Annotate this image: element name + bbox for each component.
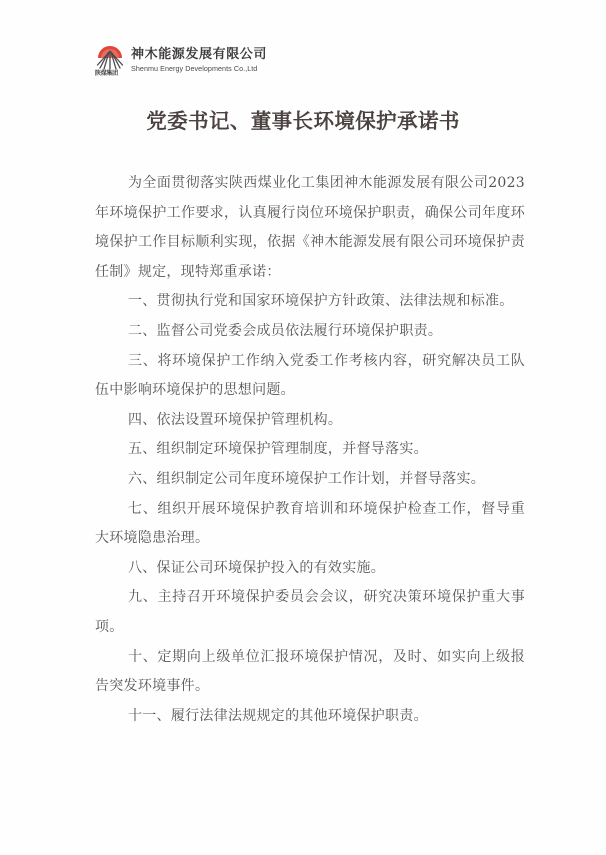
- document-title: 党委书记、董事长环境保护承诺书: [0, 108, 606, 134]
- commitment-item: 二、监督公司党委会成员依法履行环境保护职责。: [95, 317, 525, 347]
- commitment-item: 一、贯彻执行党和国家环境保护方针政策、法律法规和标准。: [95, 287, 525, 317]
- company-logo: 陕煤集团: [96, 43, 126, 79]
- commitment-item: 三、将环境保护工作纳入党委工作考核内容，研究解决员工队伍中影响环境保护的思想问题…: [95, 347, 525, 406]
- company-name-block: 神木能源发展有限公司 Shenmu Energy Developments Co…: [131, 43, 267, 73]
- commitment-item: 四、依法设置环境保护管理机构。: [95, 406, 525, 436]
- logo-caption: 陕煤集团: [95, 70, 125, 77]
- commitment-item: 八、保证公司环境保护投入的有效实施。: [95, 554, 525, 584]
- company-name-en: Shenmu Energy Developments Co.,Ltd: [131, 64, 267, 73]
- commitment-item: 七、组织开展环境保护教育培训和环境保护检查工作，督导重大环境隐患治理。: [95, 495, 525, 554]
- commitment-item: 九、主持召开环境保护委员会会议，研究决策环境保护重大事项。: [95, 583, 525, 642]
- company-name-cn: 神木能源发展有限公司: [131, 47, 267, 62]
- commitment-item: 十、定期向上级单位汇报环境保护情况，及时、如实向上级报告突发环境事件。: [95, 643, 525, 702]
- sun-rays-logo-icon: [96, 43, 124, 70]
- document-body: 为全面贯彻落实陕西煤业化工集团神木能源发展有限公司2023年环境保护工作要求，认…: [95, 169, 525, 731]
- intro-paragraph: 为全面贯彻落实陕西煤业化工集团神木能源发展有限公司2023年环境保护工作要求，认…: [95, 169, 525, 287]
- letterhead: 陕煤集团 神木能源发展有限公司 Shenmu Energy Developmen…: [96, 43, 267, 79]
- commitment-item: 十一、履行法律法规规定的其他环境保护职责。: [95, 702, 525, 732]
- commitment-item: 五、组织制定环境保护管理制度，并督导落实。: [95, 435, 525, 465]
- commitment-item: 六、组织制定公司年度环境保护工作计划，并督导落实。: [95, 465, 525, 495]
